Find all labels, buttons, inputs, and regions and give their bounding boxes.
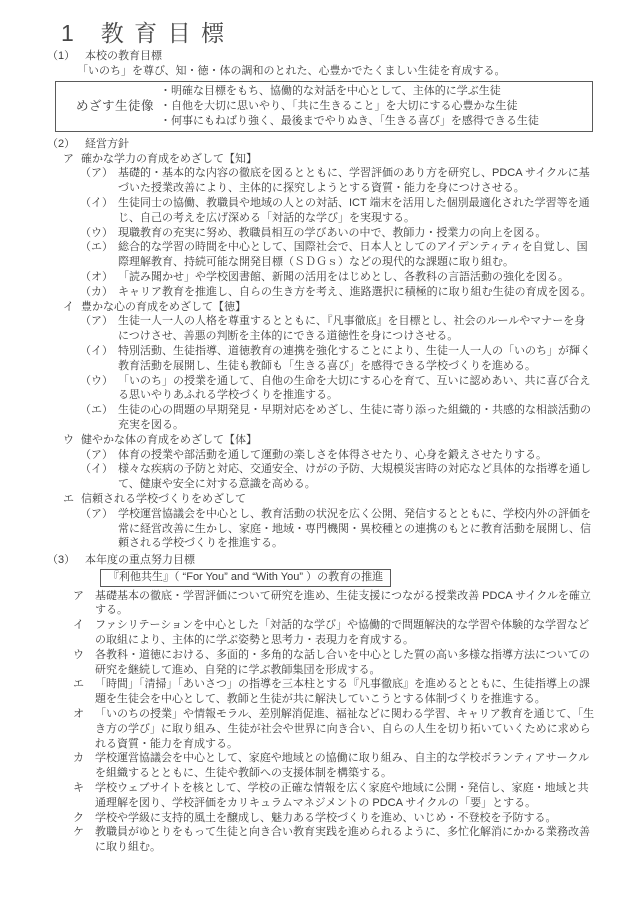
policy-sub-item: （イ） 生徒同士の協働、教職員や地域の人との対話、ICT 端末を活用した個別最適… [80,196,596,226]
policy-sub-item: （ウ） 「いのち」の授業を通して、自他の生命を大切にする心を育て、互いに認めあい… [80,374,596,404]
priority-item: ウ 各教科・道徳における、多面的・多角的な話し合いを中心とした質の高い多様な指導… [73,648,596,678]
policy-sub-marker: （ウ） [80,374,110,404]
section-2-heading-text: 経営方針 [85,137,129,152]
priority-item-marker: オ [73,707,88,751]
policy-group-title-text: 豊かな心の育成をめざして【徳】 [81,300,246,315]
policy-sub-marker: （ア） [80,314,110,344]
policy-sub-marker: （ア） [80,507,110,551]
policy-sub-text: 生徒の心の問題の早期発見・早期対応をめざし、生徒に寄り添った組織的・共感的な相談… [118,403,596,433]
policy-sub-item: （イ） 特別活動、生徒指導、道徳教育の連携を強化することにより、生徒一人一人の「… [80,344,596,374]
priority-item-text: 「いのちの授業」や情報モラル、差別解消促進、福祉などに関わる学習、キャリア教育を… [95,707,596,751]
policy-sub-marker: （ウ） [80,226,110,241]
policy-sub-item: （オ） 「読み聞かせ」や学校図書館、新聞の活用をはじめとし、各教科の言語活動の強… [80,270,596,285]
policy-group-title-text: 健やかな体の育成をめざして【体】 [81,433,257,448]
priority-item: カ 学校運営協議会を中心として、家庭や地域との協働に取り組み、自主的な学校ボラン… [73,751,596,781]
section-1-heading-text: 本校の教育目標 [85,49,162,64]
policy-sub-marker: （イ） [80,196,110,226]
priority-item-text: 各教科・道徳における、多面的・多角的な話し合いを中心とした質の高い多様な指導方法… [95,648,596,678]
priority-goal-wrap: 『利他共生』（ “For You” and “With You” ）の教育の推進 [100,569,596,587]
section-2-number: （2） [47,137,77,152]
policy-sub-text: 学校運営協議会を中心とし、教育活動の状況を広く公開、発信するとともに、学校内外の… [118,507,596,551]
student-image-item: ・自他を大切に思いやり、「共に生きること」を大切にする心豊かな生徒 [160,99,590,114]
policy-group-marker: エ [63,492,74,507]
policy-sub-text: 総合的な学習の時間を中心として、国際社会で、日本人としてのアイデンティティを自覚… [118,240,596,270]
policy-sub-item: （ア） 学校運営協議会を中心とし、教育活動の状況を広く公開、発信するとともに、学… [80,507,596,551]
policy-sub-marker: （エ） [80,240,110,270]
priority-item-marker: ウ [73,648,88,678]
student-image-item: ・何事にもねばり強く、最後までやりぬき、「生きる喜び」を感得できる生徒 [160,114,590,129]
priority-item-text: ファシリテーションを中心とした「対話的な学び」や協働的で問題解決的な学習や体験的… [95,618,596,648]
policy-sub-item: （エ） 総合的な学習の時間を中心として、国際社会で、日本人としてのアイデンティテ… [80,240,596,270]
priority-item-marker: ア [73,589,88,619]
student-image-item: ・明確な目標をもち、協働的な対話を中心として、主体的に学ぶ生徒 [160,84,590,99]
section-1-number: （1） [47,49,77,64]
policy-sub-marker: （エ） [80,403,110,433]
section-3-heading: （3） 本年度の重点努力目標 [47,553,596,568]
policy-sub-text: 「読み聞かせ」や学校図書館、新聞の活用をはじめとし、各教科の言語活動の強化を図る… [118,270,596,285]
policy-sub-item: （エ） 生徒の心の問題の早期発見・早期対応をめざし、生徒に寄り添った組織的・共感… [80,403,596,433]
priority-item-text: 学校運営協議会を中心として、家庭や地域との協働に取り組み、自主的な学校ボランティ… [95,751,596,781]
priority-item: エ 「時間」「清掃」「あいさつ」の指導を三本柱とする『凡事徹底』を進めるとともに… [73,677,596,707]
policy-group-title: ア 確かな学力の育成をめざして【知】 [63,152,596,167]
priority-item-marker: エ [73,677,88,707]
policy-sub-text: 体育の授業や部活動を通して運動の楽しさを体得させたり、心身を鍛えさせたりする。 [118,448,596,463]
priority-item-text: 教職員がゆとりをもって生徒と向き合い教育実践を進められるように、多忙化解消にかか… [95,825,596,855]
policy-group-title-text: 確かな学力の育成をめざして【知】 [81,152,257,167]
policy-sub-marker: （ア） [80,166,110,196]
priority-item-text: 「時間」「清掃」「あいさつ」の指導を三本柱とする『凡事徹底』を進めるとともに、生… [95,677,596,707]
school-motto: 「いのち」を尊び、知・徳・体の調和のとれた、心豊かでたくましい生徒を育成する。 [77,64,596,79]
policy-sub-marker: （カ） [80,285,110,300]
section-1-heading: （1） 本校の教育目標 [47,49,596,64]
priority-item-marker: ク [73,811,88,826]
priority-item: オ 「いのちの授業」や情報モラル、差別解消促進、福祉などに関わる学習、キャリア教… [73,707,596,751]
page-title: 1 教 育 目 標 [61,26,596,41]
priority-goal-box: 『利他共生』（ “For You” and “With You” ）の教育の推進 [100,569,391,587]
student-image-box: めざす生徒像 ・明確な目標をもち、協働的な対話を中心として、主体的に学ぶ生徒 ・… [55,81,593,131]
policy-sub-marker: （ア） [80,448,110,463]
priority-item-marker: キ [73,781,88,811]
policy-sub-text: 様々な疾病の予防と対応、交通安全、けがの予防、大規模災害時の対応など具体的な指導… [118,462,596,492]
priority-item-text: 基礎基本の徹底・学習評価について研究を進め、生徒支援につながる授業改善 PDCA… [95,589,596,619]
policy-group-marker: ウ [63,433,74,448]
policy-sub-text: 「いのち」の授業を通して、自他の生命を大切にする心を育て、互いに認めあい、共に喜… [118,374,596,404]
policy-sub-item: （ア） 体育の授業や部活動を通して運動の楽しさを体得させたり、心身を鍛えさせたり… [80,448,596,463]
student-image-label: めざす生徒像 [58,99,160,114]
priority-item: ク 学校や学級に支持的風土を醸成し、魅力ある学校づくりを進め、いじめ・不登校を予… [73,811,596,826]
priority-item: ア 基礎基本の徹底・学習評価について研究を進め、生徒支援につながる授業改善 PD… [73,589,596,619]
priority-item-marker: ケ [73,825,88,855]
section-2-heading: （2） 経営方針 [47,137,596,152]
policy-sub-text: 基礎的・基本的な内容の徹底を図るとともに、学習評価のあり方を研究し、PDCA サ… [118,166,596,196]
policy-group-title: イ 豊かな心の育成をめざして【徳】 [63,300,596,315]
student-image-items: ・明確な目標をもち、協働的な対話を中心として、主体的に学ぶ生徒 ・自他を大切に思… [160,84,590,128]
policy-sub-item: （ア） 生徒一人一人の人格を尊重するとともに、『凡事徹底』を目標とし、社会のルー… [80,314,596,344]
priority-item-text: 学校や学級に支持的風土を醸成し、魅力ある学校づくりを進め、いじめ・不登校を予防す… [95,811,596,826]
policy-sub-item: （カ） キャリア教育を推進し、自らの生き方を考え、進路選択に積極的に取り組む生徒… [80,285,596,300]
policy-group-marker: ア [63,152,74,167]
document-page: 1 教 育 目 標 （1） 本校の教育目標 「いのち」を尊び、知・徳・体の調和の… [0,0,640,855]
policy-sub-marker: （イ） [80,344,110,374]
priority-item-text: 学校ウェブサイトを核として、学校の正確な情報を広く家庭や地域に公開・発信し、家庭… [95,781,596,811]
policy-sub-text: キャリア教育を推進し、自らの生き方を考え、進路選択に積極的に取り組む生徒の育成を… [118,285,596,300]
policy-sub-item: （ア） 基礎的・基本的な内容の徹底を図るとともに、学習評価のあり方を研究し、PD… [80,166,596,196]
policy-sub-text: 現職教育の充実に努め、教職員相互の学びあいの中で、教師力・授業力の向上を図る。 [118,226,596,241]
policy-sub-marker: （イ） [80,462,110,492]
priority-item: キ 学校ウェブサイトを核として、学校の正確な情報を広く家庭や地域に公開・発信し、… [73,781,596,811]
priority-item: イ ファシリテーションを中心とした「対話的な学び」や協働的で問題解決的な学習や体… [73,618,596,648]
policy-sub-item: （イ） 様々な疾病の予防と対応、交通安全、けがの予防、大規模災害時の対応など具体… [80,462,596,492]
policy-sub-marker: （オ） [80,270,110,285]
policy-sub-text: 生徒一人一人の人格を尊重するとともに、『凡事徹底』を目標とし、社会のルールやマナ… [118,314,596,344]
policy-group-title: ウ 健やかな体の育成をめざして【体】 [63,433,596,448]
priority-item-marker: カ [73,751,88,781]
policy-group-marker: イ [63,300,74,315]
section-3-heading-text: 本年度の重点努力目標 [85,553,195,568]
policy-sub-item: （ウ） 現職教育の充実に努め、教職員相互の学びあいの中で、教師力・授業力の向上を… [80,226,596,241]
policy-sub-text: 特別活動、生徒指導、道徳教育の連携を強化することにより、生徒一人一人の「いのち」… [118,344,596,374]
section-3-number: （3） [47,553,77,568]
priority-item-marker: イ [73,618,88,648]
priority-item: ケ 教職員がゆとりをもって生徒と向き合い教育実践を進められるように、多忙化解消に… [73,825,596,855]
policy-group-title: エ 信頼される学校づくりをめざして [63,492,596,507]
policy-sub-text: 生徒同士の協働、教職員や地域の人との対話、ICT 端末を活用した個別最適化された… [118,196,596,226]
policy-group-title-text: 信頼される学校づくりをめざして [81,492,246,507]
